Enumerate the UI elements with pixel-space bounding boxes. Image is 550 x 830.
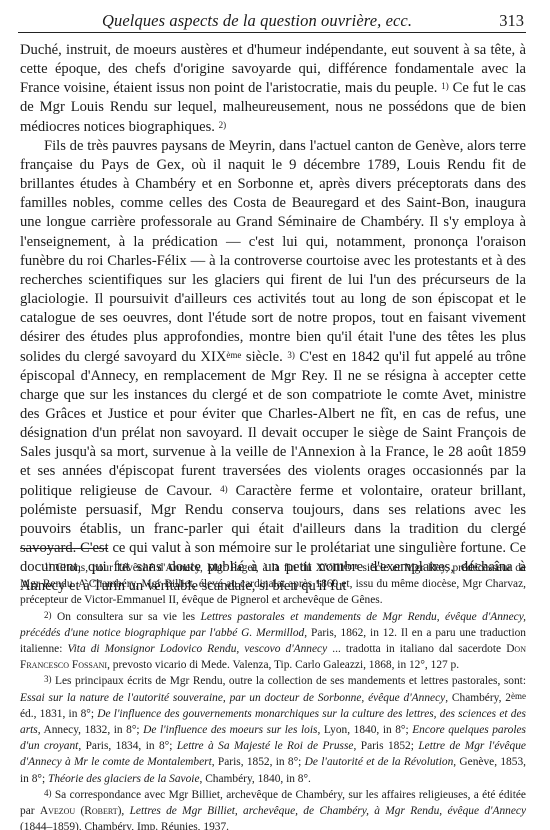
footnote-ref-1[interactable]: 1) xyxy=(441,81,449,91)
footnote-ref-3[interactable]: 3) xyxy=(287,350,295,360)
footnote-2: 2) On consultera sur sa vie les Lettres … xyxy=(20,609,526,674)
main-text: Duché, instruit, de moeurs austères et d… xyxy=(20,41,526,597)
running-header: Quelques aspects de la question ouvrière… xyxy=(18,6,526,33)
running-title: Quelques aspects de la question ouvrière… xyxy=(102,11,412,31)
footnote-ref-2[interactable]: 2) xyxy=(219,120,227,130)
footnote-1: 1) Citons, pour l'évêché d'Annecy, Mgr P… xyxy=(20,560,526,609)
footnote-4: 4) Sa correspondance avec Mgr Billiet, a… xyxy=(20,787,526,830)
paragraph-1: Duché, instruit, de moeurs austères et d… xyxy=(20,41,526,137)
footnotes: 1) Citons, pour l'évêché d'Annecy, Mgr P… xyxy=(20,560,526,830)
footnote-3: 3) Les principaux écrits de Mgr Rendu, o… xyxy=(20,673,526,786)
footnote-ref-4[interactable]: 4) xyxy=(220,484,228,494)
footnote-divider xyxy=(20,548,108,549)
century-superscript: ème xyxy=(226,350,241,360)
paragraph-2: Fils de très pauvres paysans de Meyrin, … xyxy=(20,137,526,597)
page-number: 313 xyxy=(499,11,524,31)
